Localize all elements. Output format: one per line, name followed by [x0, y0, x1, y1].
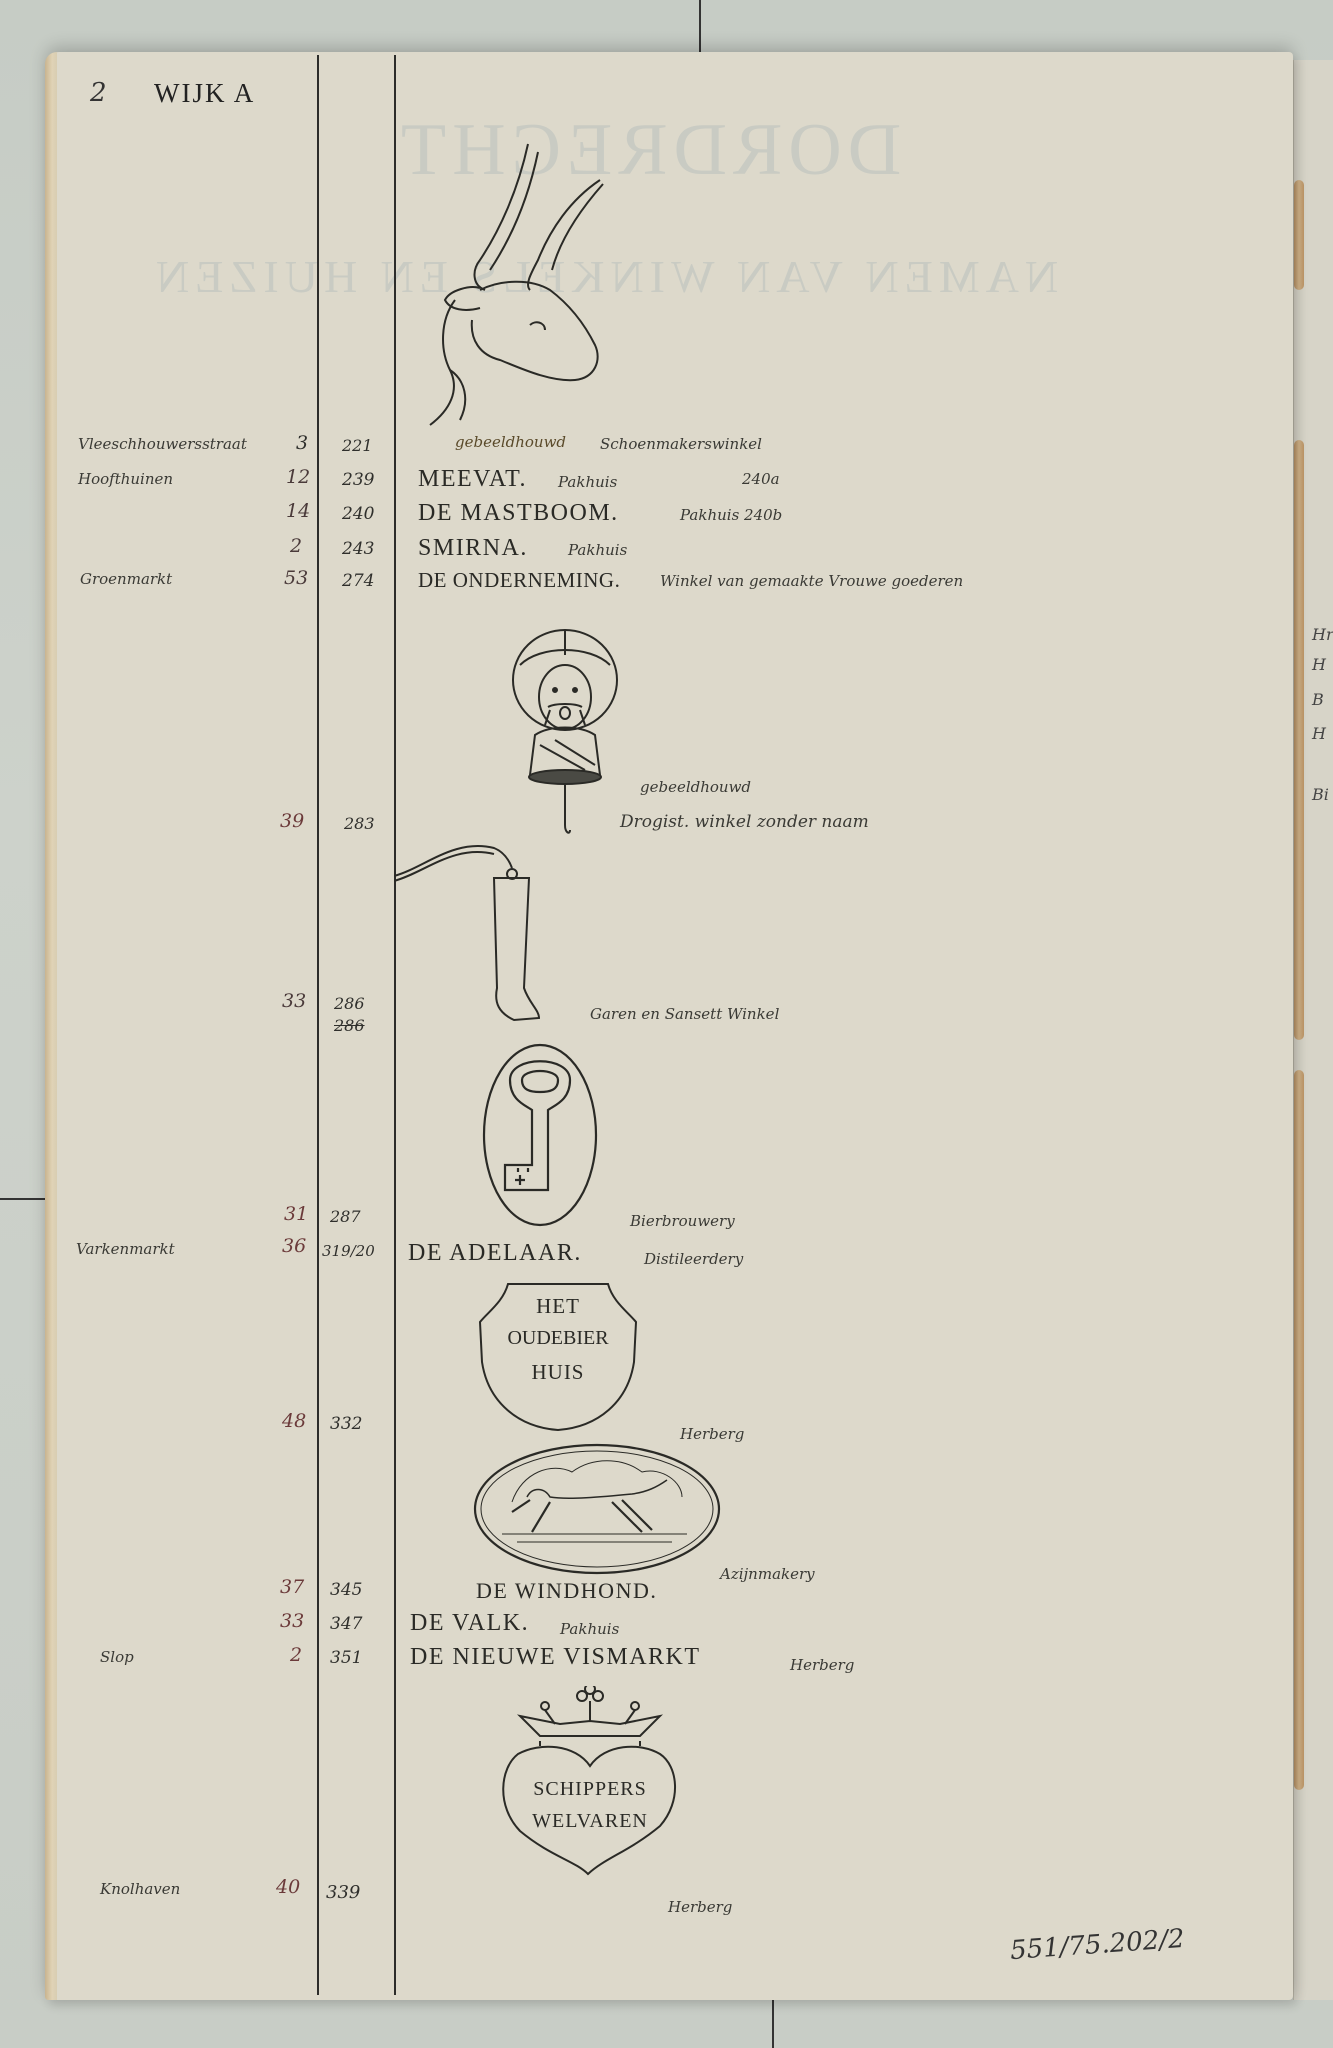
house-number: 39 [280, 810, 304, 832]
facing-page-handwriting: Hr [1312, 625, 1333, 644]
bull-head-sign [410, 140, 610, 440]
shield-text-line: OUDEBIER [478, 1327, 638, 1350]
binding-strip [1294, 1070, 1304, 1790]
business-type: Drogist. winkel zonder naam [620, 812, 869, 832]
sign-name: DE ADELAAR. [408, 1240, 582, 1267]
house-number: 12 [286, 466, 310, 488]
facing-page-handwriting: B [1312, 690, 1324, 709]
house-number: 53 [284, 567, 308, 589]
business-type: Herberg [790, 1656, 854, 1674]
register-number: 339 [326, 1882, 360, 1903]
register-number: 345 [330, 1580, 362, 1600]
page-number: 2 [90, 78, 107, 108]
house-number: 33 [280, 1610, 304, 1632]
business-type: Pakhuis 240b [680, 506, 782, 524]
register-extra: 240a [742, 470, 780, 488]
stocking-sign [394, 838, 554, 1028]
heart-text-line: WELVAREN [500, 1810, 680, 1833]
register-number: 274 [342, 571, 374, 591]
turbaned-bust-sign [510, 625, 620, 840]
page-edge [45, 52, 57, 2000]
sign-name: DE VALK. [410, 1610, 529, 1637]
business-type: Winkel van gemaakte Vrouwe goederen [660, 572, 963, 590]
greyhound-oval-sign [472, 1442, 722, 1577]
house-number: 31 [284, 1203, 308, 1225]
street-name: Slop [100, 1648, 134, 1666]
page-heading: WIJK A [154, 78, 255, 109]
heart-text-line: SCHIPPERS [500, 1778, 680, 1801]
background-rule [0, 1198, 45, 1200]
binding-strip [1294, 440, 1304, 1040]
shield-text-line: HET [478, 1294, 638, 1319]
sign-name: DE MASTBOOM. [418, 500, 619, 527]
business-type: Azijnmakery [720, 1565, 815, 1583]
business-type: Pakhuis [568, 541, 627, 559]
street-name: Vleeschhouwersstraat [78, 435, 247, 453]
house-number: 14 [286, 500, 310, 522]
sign-name: MEEVAT. [418, 466, 527, 493]
shield-sign: HET OUDEBIER HUIS [478, 1282, 638, 1432]
business-type: Distileerdery [644, 1250, 743, 1268]
sign-note: gebeeldhouwd [640, 778, 751, 796]
house-number: 37 [280, 1576, 304, 1598]
register-number: 347 [330, 1614, 362, 1634]
register-number: 243 [342, 539, 374, 559]
shield-text-line: HUIS [478, 1360, 638, 1385]
sign-name: DE ONDERNEMING. [418, 568, 620, 593]
register-number: 319/20 [322, 1242, 375, 1260]
business-type: Pakhuis [560, 1620, 619, 1638]
register-number: 287 [330, 1207, 361, 1226]
crowned-heart-sign: SCHIPPERS WELVAREN [500, 1686, 680, 1876]
register-number-struck: 286 [334, 1016, 365, 1035]
sign-name: DE NIEUWE VISMARKT [410, 1644, 701, 1671]
background-rule [772, 2000, 774, 2048]
business-type: Bierbrouwery [630, 1212, 735, 1230]
street-name: Varkenmarkt [76, 1240, 175, 1258]
facing-page-handwriting: H [1312, 655, 1326, 674]
register-number: 240 [342, 504, 374, 524]
register-number: 283 [344, 814, 375, 833]
street-name: Hoofthuinen [78, 470, 173, 488]
register-number: 332 [330, 1414, 362, 1434]
house-number: 40 [276, 1876, 300, 1898]
register-number: 221 [342, 436, 373, 455]
binding-strip [1294, 180, 1304, 290]
business-type: Pakhuis [558, 473, 617, 491]
business-type: Herberg [680, 1425, 744, 1443]
register-number: 239 [342, 470, 374, 490]
sign-name: DE WINDHOND. [476, 1578, 657, 1604]
house-number: 48 [282, 1410, 306, 1432]
house-number: 36 [282, 1235, 306, 1257]
business-type: Garen en Sansett Winkel [590, 1005, 779, 1023]
register-number: 351 [330, 1648, 362, 1668]
sign-name: SMIRNA. [418, 535, 528, 562]
street-name: Groenmarkt [80, 570, 172, 588]
column-rule-house [317, 55, 319, 1995]
facing-page-handwriting: H [1312, 724, 1326, 743]
house-number: 2 [290, 1644, 302, 1666]
house-number: 2 [290, 535, 302, 557]
key-oval-sign [480, 1040, 600, 1230]
street-name: Knolhaven [100, 1880, 180, 1898]
business-type: Herberg [668, 1898, 732, 1916]
register-number: 286 [334, 994, 365, 1013]
business-type: Schoenmakerswinkel [600, 435, 762, 453]
house-number: 33 [282, 990, 306, 1012]
house-number: 3 [296, 432, 308, 454]
background-rule [699, 0, 701, 55]
facing-page-handwriting: Bi [1312, 785, 1329, 804]
